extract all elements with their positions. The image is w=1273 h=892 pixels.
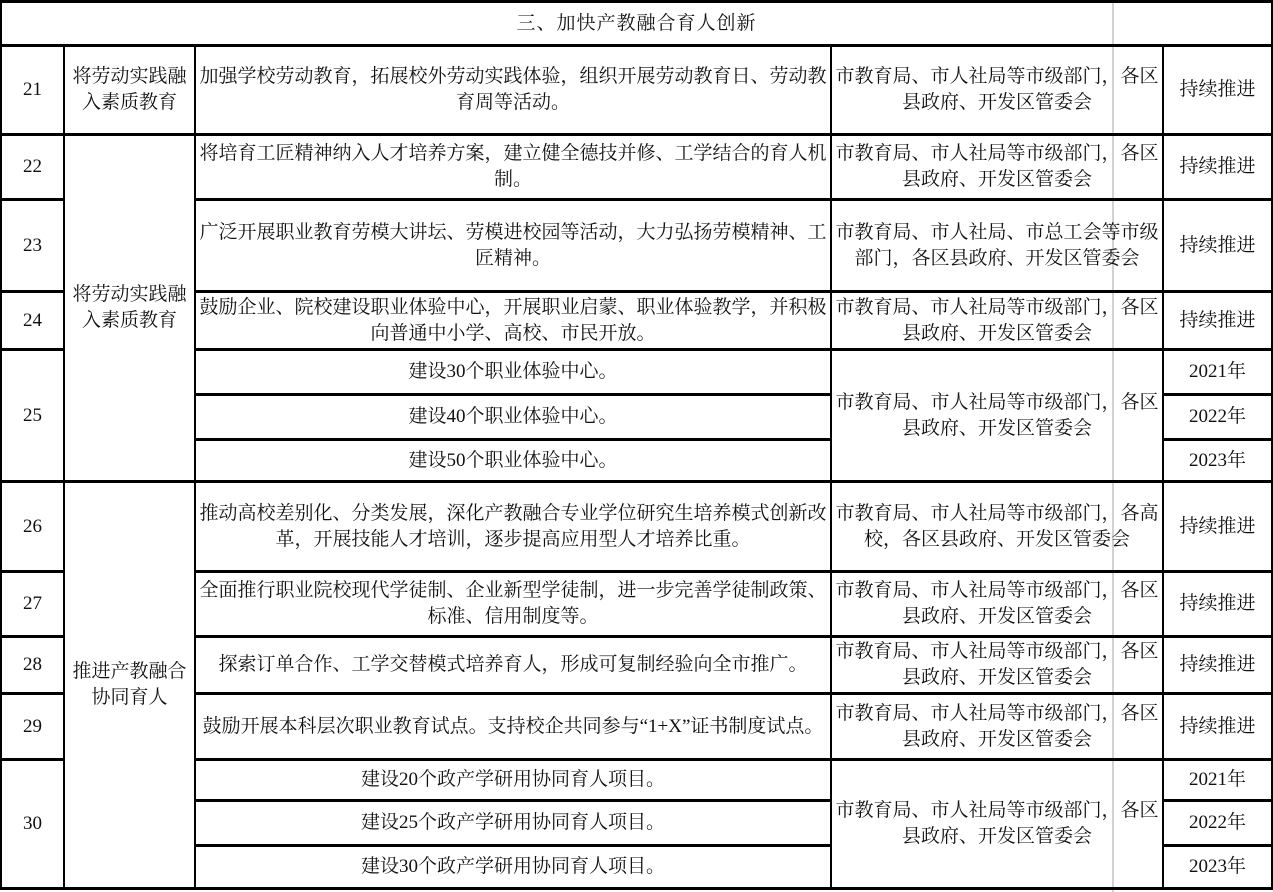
task-cell: 鼓励企业、院校建设职业体验中心，开展职业启蒙、职业体验教学，并积极向普通中小学、… xyxy=(195,292,831,350)
task-cell: 建设30个政产学研用协同育人项目。 xyxy=(195,846,831,889)
timeline-cell: 持续推进 xyxy=(1163,572,1272,637)
responsible-cell: 市教育局、市人社局等市级部门，各高校，各区县政府、开发区管委会 xyxy=(831,482,1163,572)
timeline-cell: 2022年 xyxy=(1163,801,1272,846)
responsible-cell: 市教育局、市人社局等市级部门，各区县政府、开发区管委会 xyxy=(831,694,1163,760)
timeline-cell: 持续推进 xyxy=(1163,694,1272,760)
responsible-cell: 市教育局、市人社局等市级部门，各区县政府、开发区管委会 xyxy=(831,135,1163,200)
row-number-cell: 30 xyxy=(1,760,64,889)
task-cell: 建设50个职业体验中心。 xyxy=(195,440,831,482)
work-plan-table: 三、加快产教融合育人创新 21 将劳动实践融入素质教育 加强学校劳动教育，拓展校… xyxy=(0,0,1273,890)
task-cell: 探索订单合作、工学交替模式培养育人，形成可复制经验向全市推广。 xyxy=(195,637,831,694)
responsible-cell: 市教育局、市人社局等市级部门，各区县政府、开发区管委会 xyxy=(831,637,1163,694)
timeline-cell: 2022年 xyxy=(1163,395,1272,440)
section-title-row: 三、加快产教融合育人创新 xyxy=(1,2,1272,46)
task-cell: 鼓励开展本科层次职业教育试点。支持校企共同参与“1+X”证书制度试点。 xyxy=(195,694,831,760)
responsible-cell: 市教育局、市人社局等市级部门，各区县政府、开发区管委会 xyxy=(831,760,1163,889)
task-cell: 广泛开展职业教育劳模大讲坛、劳模进校园等活动，大力弘扬劳模精神、工匠精神。 xyxy=(195,200,831,292)
category-cell: 将劳动实践融入素质教育 xyxy=(64,135,195,482)
task-cell: 建设25个政产学研用协同育人项目。 xyxy=(195,801,831,846)
table-row: 22 将劳动实践融入素质教育 将培育工匠精神纳入人才培养方案，建立健全德技并修、… xyxy=(1,135,1272,200)
responsible-cell: 市教育局、市人社局等市级部门，各区县政府、开发区管委会 xyxy=(831,572,1163,637)
timeline-cell: 持续推进 xyxy=(1163,46,1272,135)
section-title: 三、加快产教融合育人创新 xyxy=(1,2,1272,46)
row-number-cell: 24 xyxy=(1,292,64,350)
task-cell: 建设40个职业体验中心。 xyxy=(195,395,831,440)
table-row: 21 将劳动实践融入素质教育 加强学校劳动教育，拓展校外劳动实践体验，组织开展劳… xyxy=(1,46,1272,135)
row-number-cell: 21 xyxy=(1,46,64,135)
timeline-cell: 2023年 xyxy=(1163,440,1272,482)
row-number-cell: 23 xyxy=(1,200,64,292)
table-row: 26 推进产教融合协同育人 推动高校差别化、分类发展，深化产教融合专业学位研究生… xyxy=(1,482,1272,572)
timeline-cell: 2021年 xyxy=(1163,350,1272,395)
task-cell: 建设20个政产学研用协同育人项目。 xyxy=(195,760,831,801)
row-number-cell: 22 xyxy=(1,135,64,200)
row-number-cell: 26 xyxy=(1,482,64,572)
document-page: 三、加快产教融合育人创新 21 将劳动实践融入素质教育 加强学校劳动教育，拓展校… xyxy=(0,0,1273,892)
timeline-cell: 持续推进 xyxy=(1163,482,1272,572)
task-cell: 将培育工匠精神纳入人才培养方案，建立健全德技并修、工学结合的育人机制。 xyxy=(195,135,831,200)
task-cell: 建设30个职业体验中心。 xyxy=(195,350,831,395)
category-cell: 将劳动实践融入素质教育 xyxy=(64,46,195,135)
category-cell: 推进产教融合协同育人 xyxy=(64,482,195,889)
timeline-cell: 2021年 xyxy=(1163,760,1272,801)
row-number-cell: 28 xyxy=(1,637,64,694)
timeline-cell: 持续推进 xyxy=(1163,135,1272,200)
responsible-cell: 市教育局、市人社局等市级部门，各区县政府、开发区管委会 xyxy=(831,46,1163,135)
timeline-cell: 持续推进 xyxy=(1163,637,1272,694)
responsible-cell: 市教育局、市人社局等市级部门，各区县政府、开发区管委会 xyxy=(831,350,1163,482)
task-cell: 全面推行职业院校现代学徒制、企业新型学徒制，进一步完善学徒制政策、标准、信用制度… xyxy=(195,572,831,637)
timeline-cell: 2023年 xyxy=(1163,846,1272,889)
row-number-cell: 25 xyxy=(1,350,64,482)
responsible-cell: 市教育局、市人社局、市总工会等市级部门，各区县政府、开发区管委会 xyxy=(831,200,1163,292)
timeline-cell: 持续推进 xyxy=(1163,292,1272,350)
timeline-cell: 持续推进 xyxy=(1163,200,1272,292)
row-number-cell: 29 xyxy=(1,694,64,760)
responsible-cell: 市教育局、市人社局等市级部门，各区县政府、开发区管委会 xyxy=(831,292,1163,350)
task-cell: 推动高校差别化、分类发展，深化产教融合专业学位研究生培养模式创新改革，开展技能人… xyxy=(195,482,831,572)
task-cell: 加强学校劳动教育，拓展校外劳动实践体验，组织开展劳动教育日、劳动教育周等活动。 xyxy=(195,46,831,135)
row-number-cell: 27 xyxy=(1,572,64,637)
